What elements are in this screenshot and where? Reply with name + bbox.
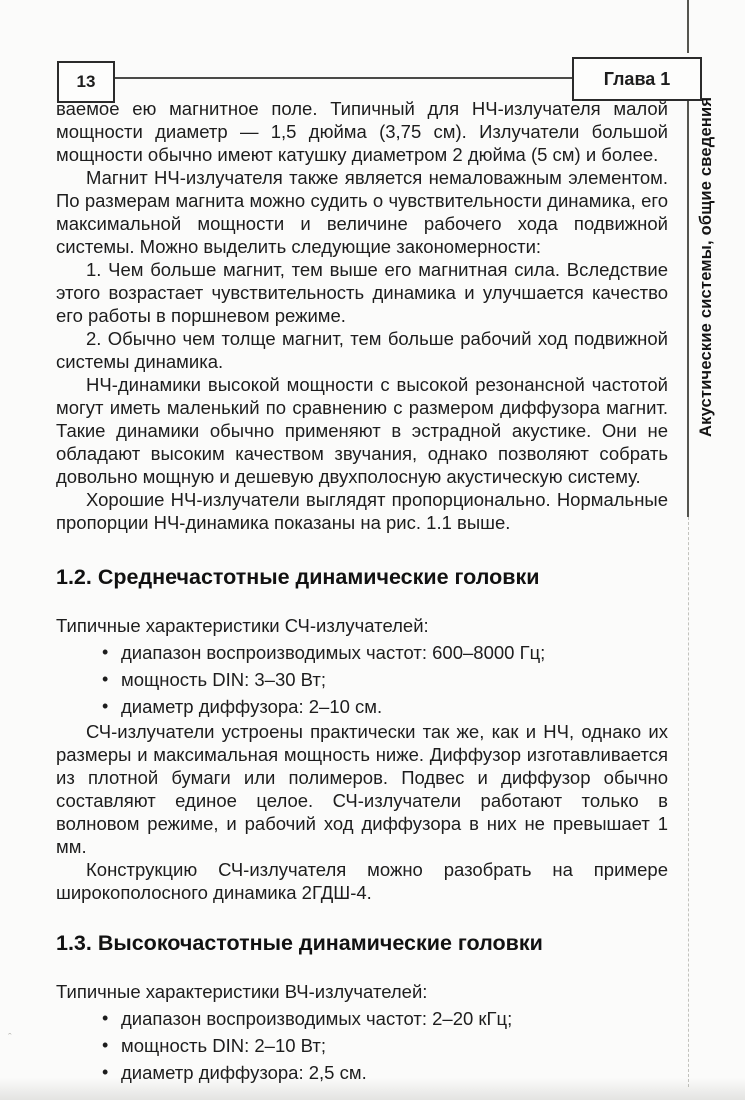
chapter-box: Глава 1 <box>572 57 702 101</box>
section-1-2-intro: Типичные характеристики СЧ-излучателей: <box>56 614 668 637</box>
paragraph-high-power: НЧ-динамики высокой мощности с высокой р… <box>56 373 668 488</box>
sidebar-vertical-caption: Акустические системы, общие сведения <box>697 97 716 437</box>
bullet-text: диапазон воспроизводимых частот: 2–20 кГ… <box>121 1008 512 1029</box>
right-margin-rule-faint <box>688 517 689 1087</box>
bullet-text: мощность DIN: 2–10 Вт; <box>121 1035 326 1056</box>
section-heading-1-2: 1.2. Среднечастотные динамические головк… <box>56 564 668 590</box>
paragraph-rule-1: 1. Чем больше магнит, тем выше его магни… <box>56 258 668 327</box>
bullet-item: • диаметр диффузора: 2–10 см. <box>102 693 668 720</box>
paragraph-mid-example: Конструкцию СЧ-излучателя можно разобрат… <box>56 858 668 904</box>
bullet-icon: • <box>102 1059 108 1086</box>
bullet-text: диаметр диффузора: 2–10 см. <box>121 696 382 717</box>
book-page: 13 Глава 1 Акустические системы, общие с… <box>0 0 745 1100</box>
bullet-item: • диапазон воспроизводимых частот: 600–8… <box>102 639 668 666</box>
right-margin-rule-top <box>687 0 689 53</box>
bullet-icon: • <box>102 1005 108 1032</box>
chapter-label: Глава 1 <box>604 69 671 90</box>
section-1-2-bullet-list: • диапазон воспроизводимых частот: 600–8… <box>56 639 668 720</box>
bullet-text: диапазон воспроизводимых частот: 600–800… <box>121 642 545 663</box>
paragraph-magnet: Магнит НЧ-излучателя также является нема… <box>56 166 668 258</box>
section-1-3-intro: Типичные характеристики ВЧ-излучателей: <box>56 980 668 1003</box>
page-number-box: 13 <box>57 61 115 103</box>
section-heading-1-3: 1.3. Высокочастотные динамические головк… <box>56 930 668 956</box>
bullet-icon: • <box>102 639 108 666</box>
bullet-icon: • <box>102 693 108 720</box>
header-rule <box>111 77 574 79</box>
bullet-item: • мощность DIN: 2–10 Вт; <box>102 1032 668 1059</box>
right-margin-rule <box>687 99 689 517</box>
section-1-3-bullet-list: • диапазон воспроизводимых частот: 2–20 … <box>56 1005 668 1086</box>
bullet-item: • диапазон воспроизводимых частот: 2–20 … <box>102 1005 668 1032</box>
scan-artifact: ˆ <box>8 1032 12 1044</box>
bullet-icon: • <box>102 1032 108 1059</box>
paragraph-mid-construction: СЧ-излучатели устроены практически так ж… <box>56 720 668 858</box>
bullet-text: мощность DIN: 3–30 Вт; <box>121 669 326 690</box>
bullet-item: • диаметр диффузора: 2,5 см. <box>102 1059 668 1086</box>
bullet-text: диаметр диффузора: 2,5 см. <box>121 1062 367 1083</box>
paragraph-continuation: ваемое ею магнитное поле. Типичный для Н… <box>56 97 668 166</box>
bullet-item: • мощность DIN: 3–30 Вт; <box>102 666 668 693</box>
page-content: ваемое ею магнитное поле. Типичный для Н… <box>56 97 668 1086</box>
paragraph-rule-2: 2. Обычно чем толще магнит, тем больше р… <box>56 327 668 373</box>
page-number: 13 <box>77 72 96 92</box>
bullet-icon: • <box>102 666 108 693</box>
paragraph-proportions: Хорошие НЧ-излучатели выглядят пропорцио… <box>56 488 668 534</box>
